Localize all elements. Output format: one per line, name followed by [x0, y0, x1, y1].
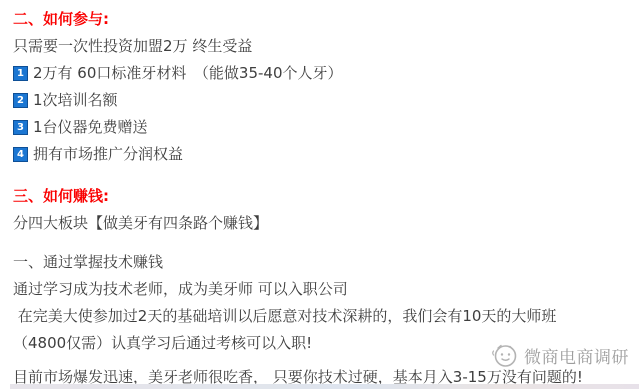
earn-path1-line2: 在完美大使参加过2天的基础培训以后愿意对技术深耕的，我们会有10天的大师班（48… — [13, 303, 609, 357]
number-badge-1: 1 — [13, 66, 28, 81]
number-badge-2: 2 — [13, 93, 28, 108]
benefit-item-2: 2 1次培训名额 — [13, 87, 631, 114]
section-heading-earn: 三、如何赚钱: — [13, 183, 631, 210]
benefit-item-4: 4 拥有市场推广分润权益 — [13, 141, 631, 168]
benefit-text-1: 2万有 60口标准牙材料 （能做35-40个人牙） — [33, 60, 343, 87]
benefit-item-1: 1 2万有 60口标准牙材料 （能做35-40个人牙） — [13, 60, 631, 87]
participate-intro: 只需要一次性投资加盟2万 终生受益 — [13, 33, 631, 60]
section-heading-participate: 二、如何参与: — [13, 6, 631, 33]
number-badge-3: 3 — [13, 120, 28, 135]
benefit-text-4: 拥有市场推广分润权益 — [33, 141, 183, 168]
earn-path1-title: 一、通过掌握技术赚钱 — [13, 249, 631, 276]
article-page: 二、如何参与: 只需要一次性投资加盟2万 终生受益 1 2万有 60口标准牙材料… — [0, 0, 639, 389]
benefit-text-3: 1台仪器免费赠送 — [33, 114, 148, 141]
number-badge-4: 4 — [13, 147, 28, 162]
earn-path1-line1: 通过学习成为技术老师，成为美牙师 可以入职公司 — [13, 276, 631, 303]
benefit-item-3: 3 1台仪器免费赠送 — [13, 114, 631, 141]
earn-intro: 分四大板块【做美牙有四条路个赚钱】 — [13, 210, 631, 237]
benefit-text-2: 1次培训名额 — [33, 87, 118, 114]
next-image-edge — [10, 384, 639, 389]
